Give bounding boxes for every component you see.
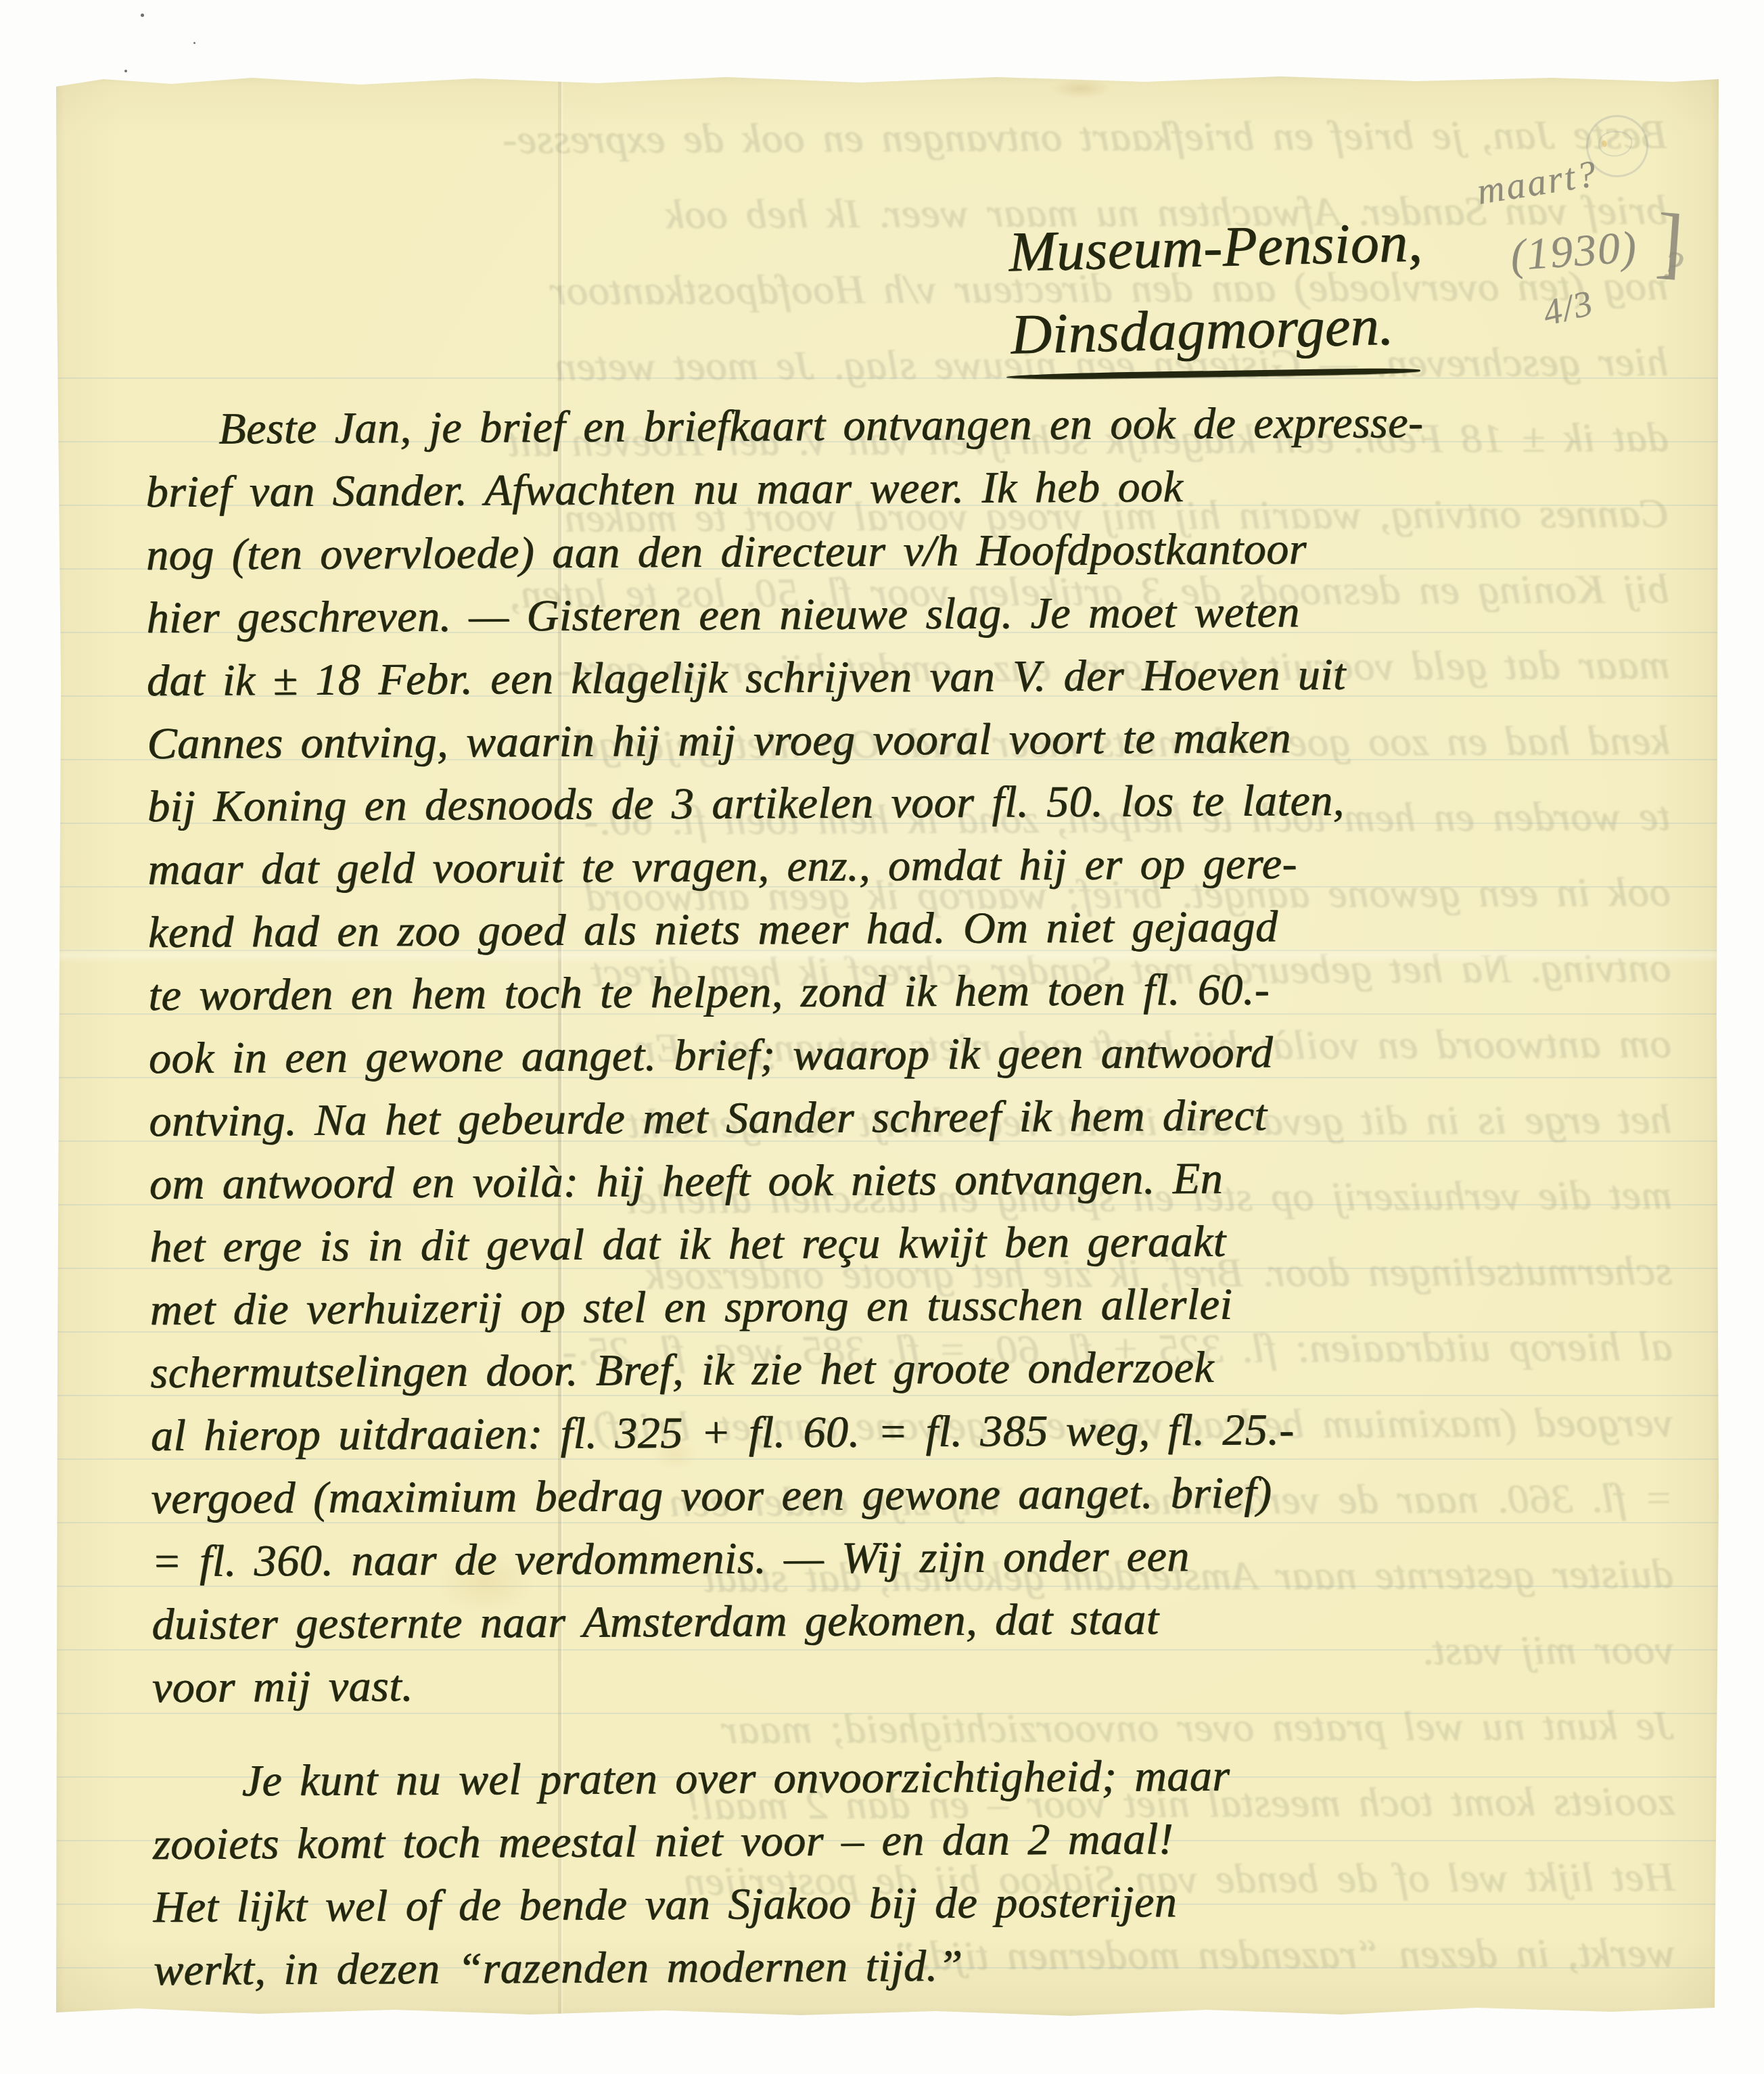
letter-header-date: Dinsdagmorgen. [1010, 289, 1425, 372]
letter-line: om antwoord en voilà: hij heeft ook niet… [149, 1145, 1698, 1216]
bleedthrough-line: brief van Sander. Afwachten nu maar weer… [52, 172, 1715, 256]
letter-line: bij Koning en desnoods de 3 artikelen vo… [147, 767, 1696, 838]
letter-line: nog (ten overvloede) aan den directeur v… [146, 515, 1695, 586]
scan-speck [193, 42, 195, 44]
letter-line: werkt, in dezen “razenden modernen tijd.… [154, 1931, 1702, 2002]
letter-line: te worden en hem toch te helpen, zond ik… [148, 956, 1697, 1027]
letter-line: Het lijkt wel of de bende van Sjakoo bij… [153, 1868, 1702, 1939]
letter-line: hier geschreven. — Gisteren een nieuwe s… [146, 578, 1695, 649]
paper-sheet: Beste Jan, je brief en briefkaart ontvan… [56, 76, 1719, 2016]
scan-speck [124, 70, 127, 72]
letter-line: ook in een gewone aanget. brief; waarop … [149, 1019, 1698, 1090]
letter-body: Beste Jan, je brief en briefkaart ontvan… [145, 390, 1702, 2002]
letter-line: maar dat geld vooruit te vragen, enz., o… [147, 830, 1696, 901]
letter-line: al hierop uitdraaien: fl. 325 + fl. 60. … [151, 1396, 1700, 1467]
letter-line: Je kunt nu wel praten over onvoorzichtig… [152, 1742, 1701, 1813]
pencil-annotation-month: maart? [1474, 152, 1601, 213]
scanned-letter-page: { "scan": { "description": "Scanned hand… [0, 0, 1764, 2074]
letter-line: Beste Jan, je brief en briefkaart ontvan… [145, 390, 1694, 461]
bleedthrough-line: Beste Jan, je brief en briefkaart ontvan… [52, 97, 1715, 180]
letter-line: ontving. Na het gebeurde met Sander schr… [149, 1082, 1698, 1153]
letter-line: dat ik ± 18 Febr. een klagelijk schrijve… [147, 641, 1696, 712]
letter-line: kend had en zoo goed als niets meer had.… [148, 893, 1697, 964]
letter-line: voor mij vast. [152, 1648, 1701, 1719]
letter-line: Cannes ontving, waarin hij mij vroeg voo… [147, 704, 1696, 775]
letter-line: schermutselingen door. Bref, ik zie het … [150, 1333, 1699, 1404]
letter-line: zooiets komt toch meestal niet voor – en… [153, 1805, 1702, 1876]
pencil-annotation-page-number: 4/3 [1539, 281, 1598, 334]
scan-speck [141, 14, 144, 17]
pencil-annotation-year: (1930) [1509, 222, 1640, 282]
letter-header: Museum-Pension, Dinsdagmorgen. [1008, 206, 1426, 382]
letter-header-location: Museum-Pension, [1008, 206, 1423, 290]
letter-line: duister gesternte naar Amsterdam gekomen… [152, 1585, 1700, 1656]
letter-line: brief van Sander. Afwachten nu maar weer… [145, 453, 1694, 524]
letter-line: het erge is in dit geval dat ik het reçu… [149, 1207, 1698, 1278]
letter-line: vergoed (maximium bedrag voor een gewone… [151, 1459, 1700, 1530]
letter-line: met die verhuizerij op stel en sprong en… [150, 1270, 1699, 1341]
bleedthrough-line: nog (ten overvloede) aan den directeur v… [53, 248, 1715, 331]
stamp-fleck [1601, 140, 1607, 147]
paper-stain [1050, 78, 1111, 99]
letter-line: = fl. 360. naar de verdommenis. — Wij zi… [152, 1522, 1700, 1593]
